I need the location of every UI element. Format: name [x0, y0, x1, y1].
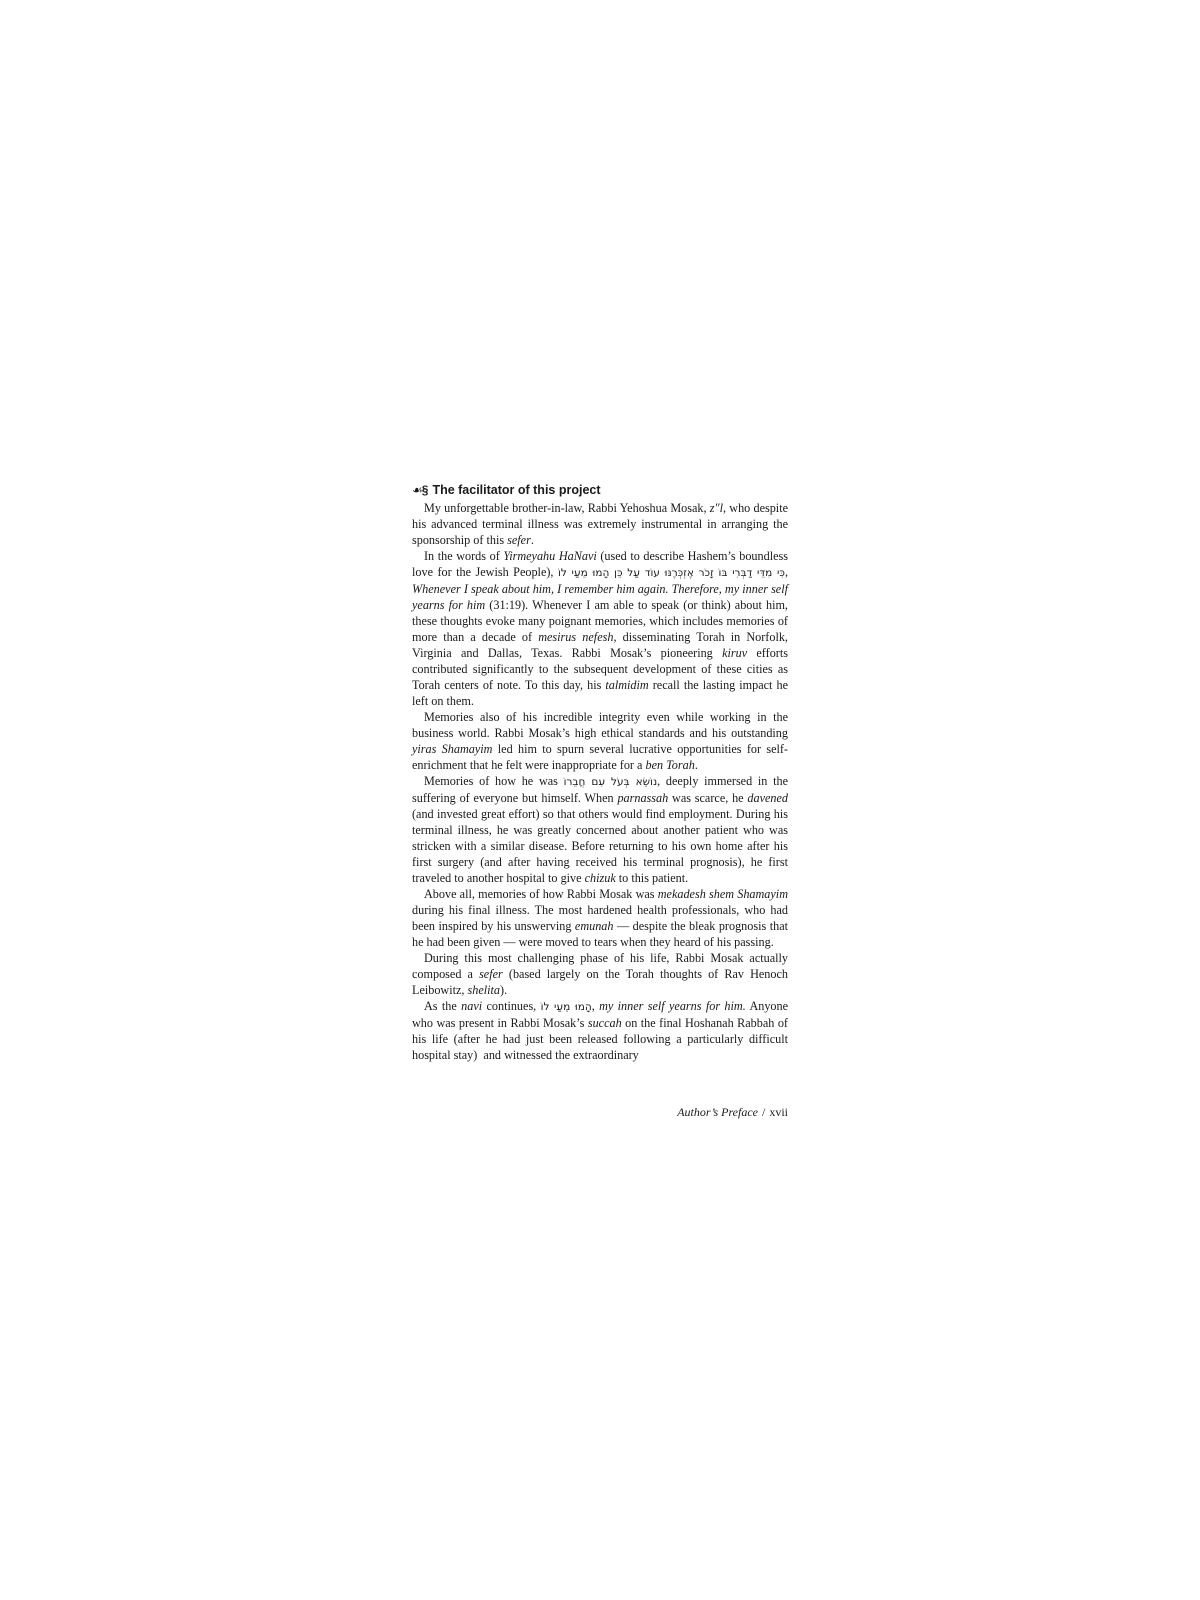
section-heading: ☙§ The facilitator of this project — [412, 482, 788, 498]
text-run: My unforgettable brother-in-law, Rabbi Y… — [424, 501, 710, 515]
italic-term: sefer — [507, 533, 531, 547]
running-footer: Author’s Preface/xvii — [412, 1105, 788, 1120]
section-heading-text: The facilitator of this project — [432, 482, 600, 498]
italic-term: da­vened — [747, 791, 788, 805]
italic-term: sefer — [479, 967, 503, 981]
text-run: In the words of — [424, 549, 503, 563]
text-run: . — [531, 533, 534, 547]
footer-separator: / — [762, 1105, 765, 1119]
running-title: Author’s Preface — [677, 1105, 758, 1119]
paragraph: During this most challenging phase of hi… — [412, 950, 788, 998]
italic-term: my inner self yearns for him. — [599, 999, 746, 1013]
hebrew-quote: הָמוּ מֵעַי לוֹ — [541, 1001, 592, 1013]
paragraph: In the words of Yirmeyahu HaNavi (used t… — [412, 548, 788, 709]
body-text: My unforgettable brother-in-law, Rabbi Y… — [412, 500, 788, 1063]
text-run: continues, — [482, 999, 540, 1013]
hebrew-quote: כִּי מִדֵּי דַבְּרִי בּוֹ זָכֹר אֶזְכְּר… — [558, 567, 785, 579]
hebrew-quote: נוֹשֵׂא בְּעֹל עִם חֲבֵרוֹ — [564, 776, 658, 788]
text-run: was scarce, he — [668, 791, 747, 805]
italic-term: z″l — [710, 501, 723, 515]
hand-pointer-ornament-icon: ☙§ — [412, 482, 427, 498]
book-page: ☙§ The facilitator of this project My un… — [412, 482, 788, 1063]
paragraph: Memories of how he was נוֹשֵׂא בְּעֹל עִ… — [412, 773, 788, 886]
page-number: xvii — [769, 1105, 788, 1119]
text-run: ). — [500, 983, 507, 997]
text-run: . — [695, 758, 698, 772]
text-run: , — [592, 999, 599, 1013]
italic-term: chizuk — [585, 871, 616, 885]
text-run: Memories also of his incredible integrit… — [412, 710, 788, 740]
italic-term: emunah — [575, 919, 614, 933]
text-run: to this patient. — [616, 871, 688, 885]
italic-term: mekadesh shem Sha­mayim — [658, 887, 788, 901]
text-run: As the — [424, 999, 461, 1013]
text-run: Above all, memories of how Rabbi Mosak w… — [424, 887, 658, 901]
italic-term: kiruv — [722, 646, 747, 660]
italic-term: navi — [461, 999, 482, 1013]
italic-term: shelita — [468, 983, 501, 997]
italic-term: succah — [588, 1016, 622, 1030]
text-run: Memories of how he was — [424, 774, 564, 788]
italic-term: yiras Shamayim — [412, 742, 492, 756]
paragraph: My unforgettable brother-in-law, Rabbi Y… — [412, 500, 788, 548]
italic-term: mesirus nefesh — [538, 630, 613, 644]
paragraph: As the navi continues, הָמוּ מֵעַי לוֹ, … — [412, 998, 788, 1063]
italic-term: Yirmeyahu HaNavi — [503, 549, 596, 563]
paragraph: Memories also of his incredible integrit… — [412, 709, 788, 773]
italic-term: ben Torah — [646, 758, 695, 772]
italic-term: talmidim — [605, 678, 648, 692]
paragraph: Above all, memories of how Rabbi Mosak w… — [412, 886, 788, 950]
text-run: , — [785, 565, 788, 579]
italic-term: parnassah — [617, 791, 668, 805]
